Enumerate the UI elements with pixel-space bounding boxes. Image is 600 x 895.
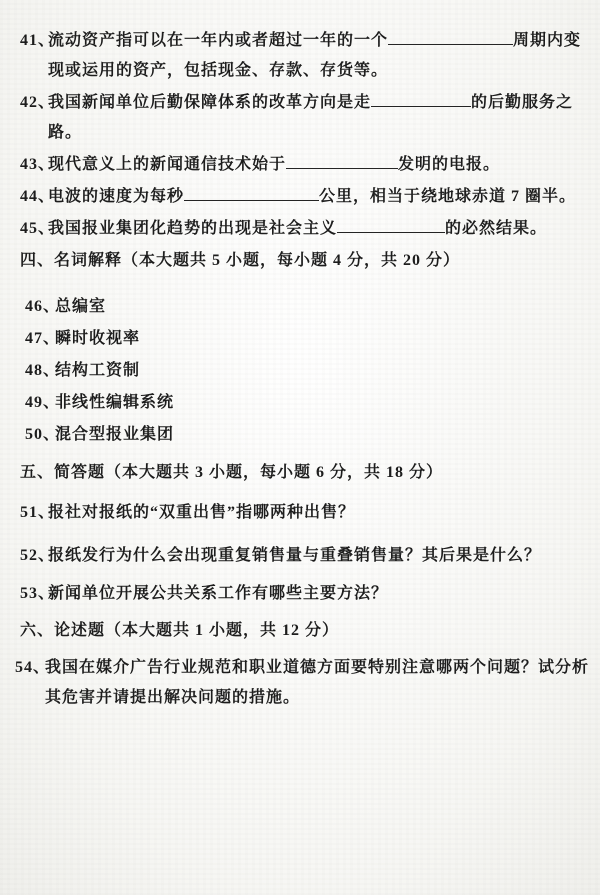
- question-44-number: 44、: [20, 182, 55, 212]
- question-44-text-post: 公里，相当于绕地球赤道 7 圈半。: [319, 188, 576, 205]
- question-45: 45、 我国报业集团化趋势的出现是社会主义的必然结果。: [0, 214, 600, 244]
- question-54-number: 54、: [15, 653, 50, 683]
- question-45-text-pre: 我国报业集团化趋势的出现是社会主义: [48, 220, 337, 237]
- question-49-text: 非线性编辑系统: [55, 394, 174, 411]
- section-heading-5: 五、简答题（本大题共 3 小题，每小题 6 分，共 18 分）: [0, 458, 600, 488]
- question-45-text-post: 的必然结果。: [445, 220, 547, 237]
- question-54: 54、 我国在媒介广告行业规范和职业道德方面要特别注意哪两个问题？试分析其危害并…: [0, 653, 600, 713]
- question-47-number: 47、: [25, 324, 60, 354]
- question-49-number: 49、: [25, 388, 60, 418]
- question-42-number: 42、: [20, 88, 55, 118]
- question-41: 41、 流动资产指可以在一年内或者超过一年的一个周期内变现或运用的资产，包括现金…: [0, 26, 600, 86]
- question-47-text: 瞬时收视率: [55, 330, 140, 347]
- question-46-number: 46、: [25, 292, 60, 322]
- question-41-text-pre: 流动资产指可以在一年内或者超过一年的一个: [48, 32, 388, 49]
- question-48-text: 结构工资制: [55, 362, 140, 379]
- question-45-number: 45、: [20, 214, 55, 244]
- question-43: 43、 现代意义上的新闻通信技术始于发明的电报。: [0, 150, 600, 180]
- question-42: 42、 我国新闻单位后勤保障体系的改革方向是走的后勤服务之路。: [0, 88, 600, 148]
- exam-paper-page: 41、 流动资产指可以在一年内或者超过一年的一个周期内变现或运用的资产，包括现金…: [0, 0, 600, 895]
- question-54-text: 我国在媒介广告行业规范和职业道德方面要特别注意哪两个问题？试分析其危害并请提出解…: [45, 659, 589, 706]
- question-52-text: 报纸发行为什么会出现重复销售量与重叠销售量？其后果是什么？: [48, 547, 541, 564]
- answer-blank-42: [371, 93, 471, 107]
- question-50-text: 混合型报业集团: [55, 426, 174, 443]
- question-48: 48、 结构工资制: [0, 356, 600, 386]
- answer-blank-44: [184, 187, 319, 201]
- answer-blank-45: [337, 219, 445, 233]
- question-53-text: 新闻单位开展公共关系工作有哪些主要方法？: [48, 585, 388, 602]
- answer-blank-41: [388, 31, 513, 45]
- question-43-text-pre: 现代意义上的新闻通信技术始于: [48, 156, 286, 173]
- question-48-number: 48、: [25, 356, 60, 386]
- question-46: 46、 总编室: [0, 292, 600, 322]
- section-heading-6: 六、论述题（本大题共 1 小题，共 12 分）: [0, 616, 600, 646]
- answer-blank-43: [286, 155, 398, 169]
- question-50-number: 50、: [25, 420, 60, 450]
- question-43-text-post: 发明的电报。: [398, 156, 500, 173]
- question-53-number: 53、: [20, 579, 55, 609]
- section-heading-4: 四、名词解释（本大题共 5 小题，每小题 4 分，共 20 分）: [0, 246, 600, 276]
- question-41-number: 41、: [20, 26, 55, 56]
- question-51: 51、 报社对报纸的“双重出售”指哪两种出售？: [0, 498, 600, 528]
- question-51-number: 51、: [20, 498, 55, 528]
- question-44-text-pre: 电波的速度为每秒: [48, 188, 184, 205]
- question-52: 52、 报纸发行为什么会出现重复销售量与重叠销售量？其后果是什么？: [0, 541, 600, 571]
- question-46-text: 总编室: [55, 298, 106, 315]
- question-43-number: 43、: [20, 150, 55, 180]
- question-49: 49、 非线性编辑系统: [0, 388, 600, 418]
- question-51-text: 报社对报纸的“双重出售”指哪两种出售？: [48, 504, 355, 521]
- question-44: 44、 电波的速度为每秒公里，相当于绕地球赤道 7 圈半。: [0, 182, 600, 212]
- question-52-number: 52、: [20, 541, 55, 571]
- question-42-text-pre: 我国新闻单位后勤保障体系的改革方向是走: [48, 94, 371, 111]
- question-53: 53、 新闻单位开展公共关系工作有哪些主要方法？: [0, 579, 600, 609]
- question-47: 47、 瞬时收视率: [0, 324, 600, 354]
- question-50: 50、 混合型报业集团: [0, 420, 600, 450]
